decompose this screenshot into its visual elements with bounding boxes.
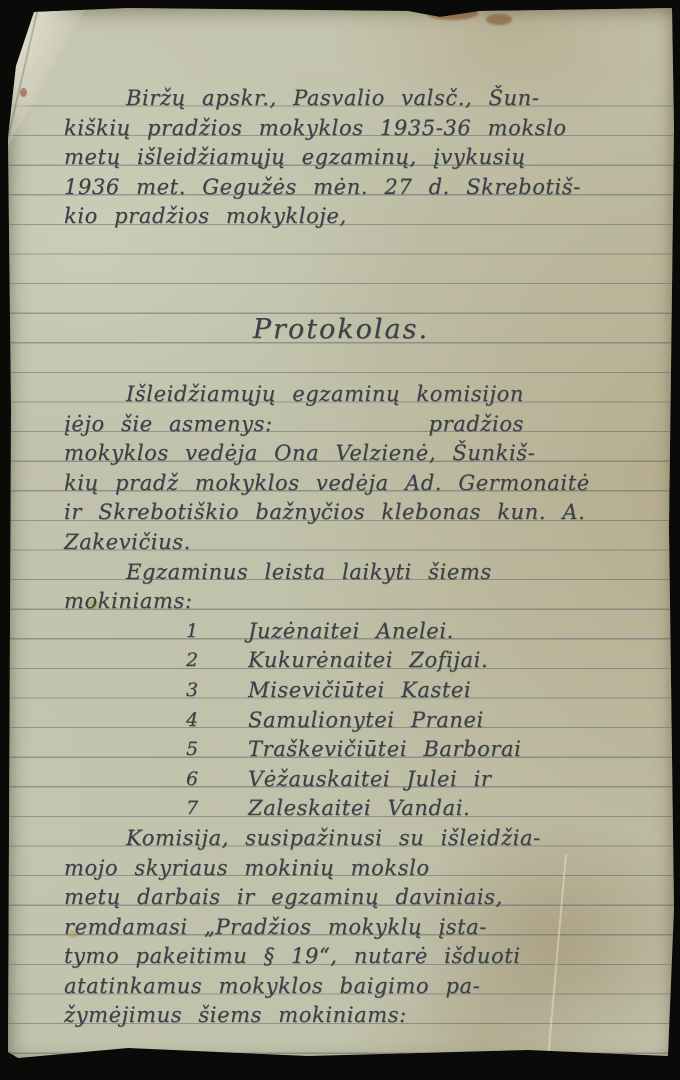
heading-line: kiškių pradžios mokyklos 1935-36 mokslo bbox=[64, 114, 616, 144]
commission-line-left: įėjo šie asmenys: bbox=[64, 410, 273, 440]
student-number: 5 bbox=[186, 735, 248, 765]
exam-permission-line: Egzaminus leista laikyti šiems bbox=[64, 558, 616, 588]
heading-paragraph: Biržų apskr., Pasvalio valsč., Šun- kišk… bbox=[64, 84, 616, 232]
student-list-item: 3 Misevičiūtei Kastei bbox=[64, 676, 616, 706]
commission-line: kių pradž mokyklos vedėja Ad. Germonaitė bbox=[64, 469, 616, 499]
student-number: 3 bbox=[186, 676, 248, 706]
scanned-page-background: Biržų apskr., Pasvalio valsč., Šun- kišk… bbox=[0, 0, 680, 1080]
student-list-item: 6 Vėžauskaitei Julei ir bbox=[64, 765, 616, 795]
student-name: Zaleskaitei Vandai. bbox=[248, 794, 470, 824]
student-number: 4 bbox=[186, 706, 248, 736]
commission-line: mokyklos vedėja Ona Velzienė, Šunkiš- bbox=[64, 439, 616, 469]
protocol-body: Išleidžiamųjų egzaminų komisijon įėjo ši… bbox=[64, 380, 616, 1031]
student-number: 7 bbox=[186, 794, 248, 824]
student-list-item: 4 Samulionytei Pranei bbox=[64, 706, 616, 736]
protocol-title: Protokolas. bbox=[8, 310, 674, 350]
student-number: 1 bbox=[186, 617, 248, 647]
student-number: 2 bbox=[186, 646, 248, 676]
student-list-item: 2 Kukurėnaitei Zofijai. bbox=[64, 646, 616, 676]
decision-line: remdamasi „Pradžios mokyklų įsta- bbox=[64, 913, 616, 943]
student-list-item: 5 Traškevičiūtei Barborai bbox=[64, 735, 616, 765]
commission-line: Išleidžiamųjų egzaminų komisijon bbox=[64, 380, 616, 410]
handwritten-content: Biržų apskr., Pasvalio valsč., Šun- kišk… bbox=[8, 8, 674, 1062]
heading-line: metų išleidžiamųjų egzaminų, įvykusių bbox=[64, 143, 616, 173]
decision-line: metų darbais ir egzaminų daviniais, bbox=[64, 883, 616, 913]
commission-line-right: pradžios bbox=[429, 410, 524, 440]
notebook-paper: Biržų apskr., Pasvalio valsč., Šun- kišk… bbox=[8, 8, 674, 1062]
decision-line: atatinkamus mokyklos baigimo pa- bbox=[64, 972, 616, 1002]
decision-line: tymo pakeitimu § 19“, nutarė išduoti bbox=[64, 942, 616, 972]
student-name: Samulionytei Pranei bbox=[248, 706, 484, 736]
heading-line: Biržų apskr., Pasvalio valsč., Šun- bbox=[64, 84, 616, 114]
decision-line: Komisija, susipažinusi su išleidžia- bbox=[64, 824, 616, 854]
exam-permission-line: mokiniams: bbox=[64, 587, 616, 617]
commission-line: Zakevičius. bbox=[64, 528, 616, 558]
student-name: Kukurėnaitei Zofijai. bbox=[248, 646, 488, 676]
student-name: Juzėnaitei Anelei. bbox=[248, 617, 454, 647]
commission-line: įėjo šie asmenys: pradžios bbox=[64, 410, 616, 440]
heading-line: 1936 met. Gegužės mėn. 27 d. Skrebotiš- bbox=[64, 173, 616, 203]
student-list-item: 1 Juzėnaitei Anelei. bbox=[64, 617, 616, 647]
decision-line: mojo skyriaus mokinių mokslo bbox=[64, 854, 616, 884]
student-name: Traškevičiūtei Barborai bbox=[248, 735, 522, 765]
student-number: 6 bbox=[186, 765, 248, 795]
student-name: Vėžauskaitei Julei ir bbox=[248, 765, 492, 795]
decision-line: žymėjimus šiems mokiniams: bbox=[64, 1001, 616, 1031]
commission-line: ir Skrebotiškio bažnyčios klebonas kun. … bbox=[64, 498, 616, 528]
heading-line: kio pradžios mokykloje, bbox=[64, 202, 616, 232]
student-name: Misevičiūtei Kastei bbox=[248, 676, 471, 706]
student-list-item: 7 Zaleskaitei Vandai. bbox=[64, 794, 616, 824]
